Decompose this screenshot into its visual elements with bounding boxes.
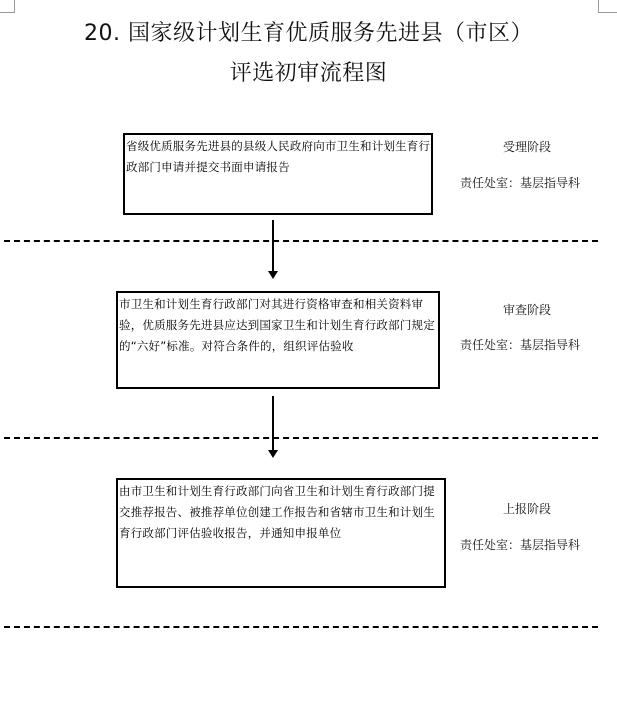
document-subtitle: 评选初审流程图 [0,60,617,88]
stage-label-report: 上报阶段 [503,500,563,517]
stage-divider-3 [4,626,598,628]
crop-mark-top-left [0,0,15,13]
stage-office-acceptance: 责任处室：基层指导科 [460,174,580,191]
stage-office-report: 责任处室：基层指导科 [460,536,580,553]
crop-mark-top-right [598,0,617,13]
stage-label-acceptance: 受理阶段 [503,138,563,155]
stage-divider-2 [4,437,598,439]
document-title: 20. 国家级计划生育优质服务先进县（市区） [0,20,617,48]
flow-step-box-acceptance: 省级优质服务先进县的县级人民政府向市卫生和计划生育行政部门申请并提交书面申请报告 [123,133,433,215]
stage-divider-1 [4,240,598,242]
stage-label-review: 审查阶段 [503,301,563,318]
flow-step-box-report: 由市卫生和计划生育行政部门向省卫生和计划生育行政部门提交推荐报告、被推荐单位创建… [116,478,446,588]
flow-arrow-down-2 [272,396,274,450]
flow-step-box-review: 市卫生和计划生育行政部门对其进行资格审查和相关资料审验，优质服务先进县应达到国家… [116,291,440,389]
flow-arrow-down-1 [272,220,274,271]
stage-office-review: 责任处室：基层指导科 [460,336,580,353]
